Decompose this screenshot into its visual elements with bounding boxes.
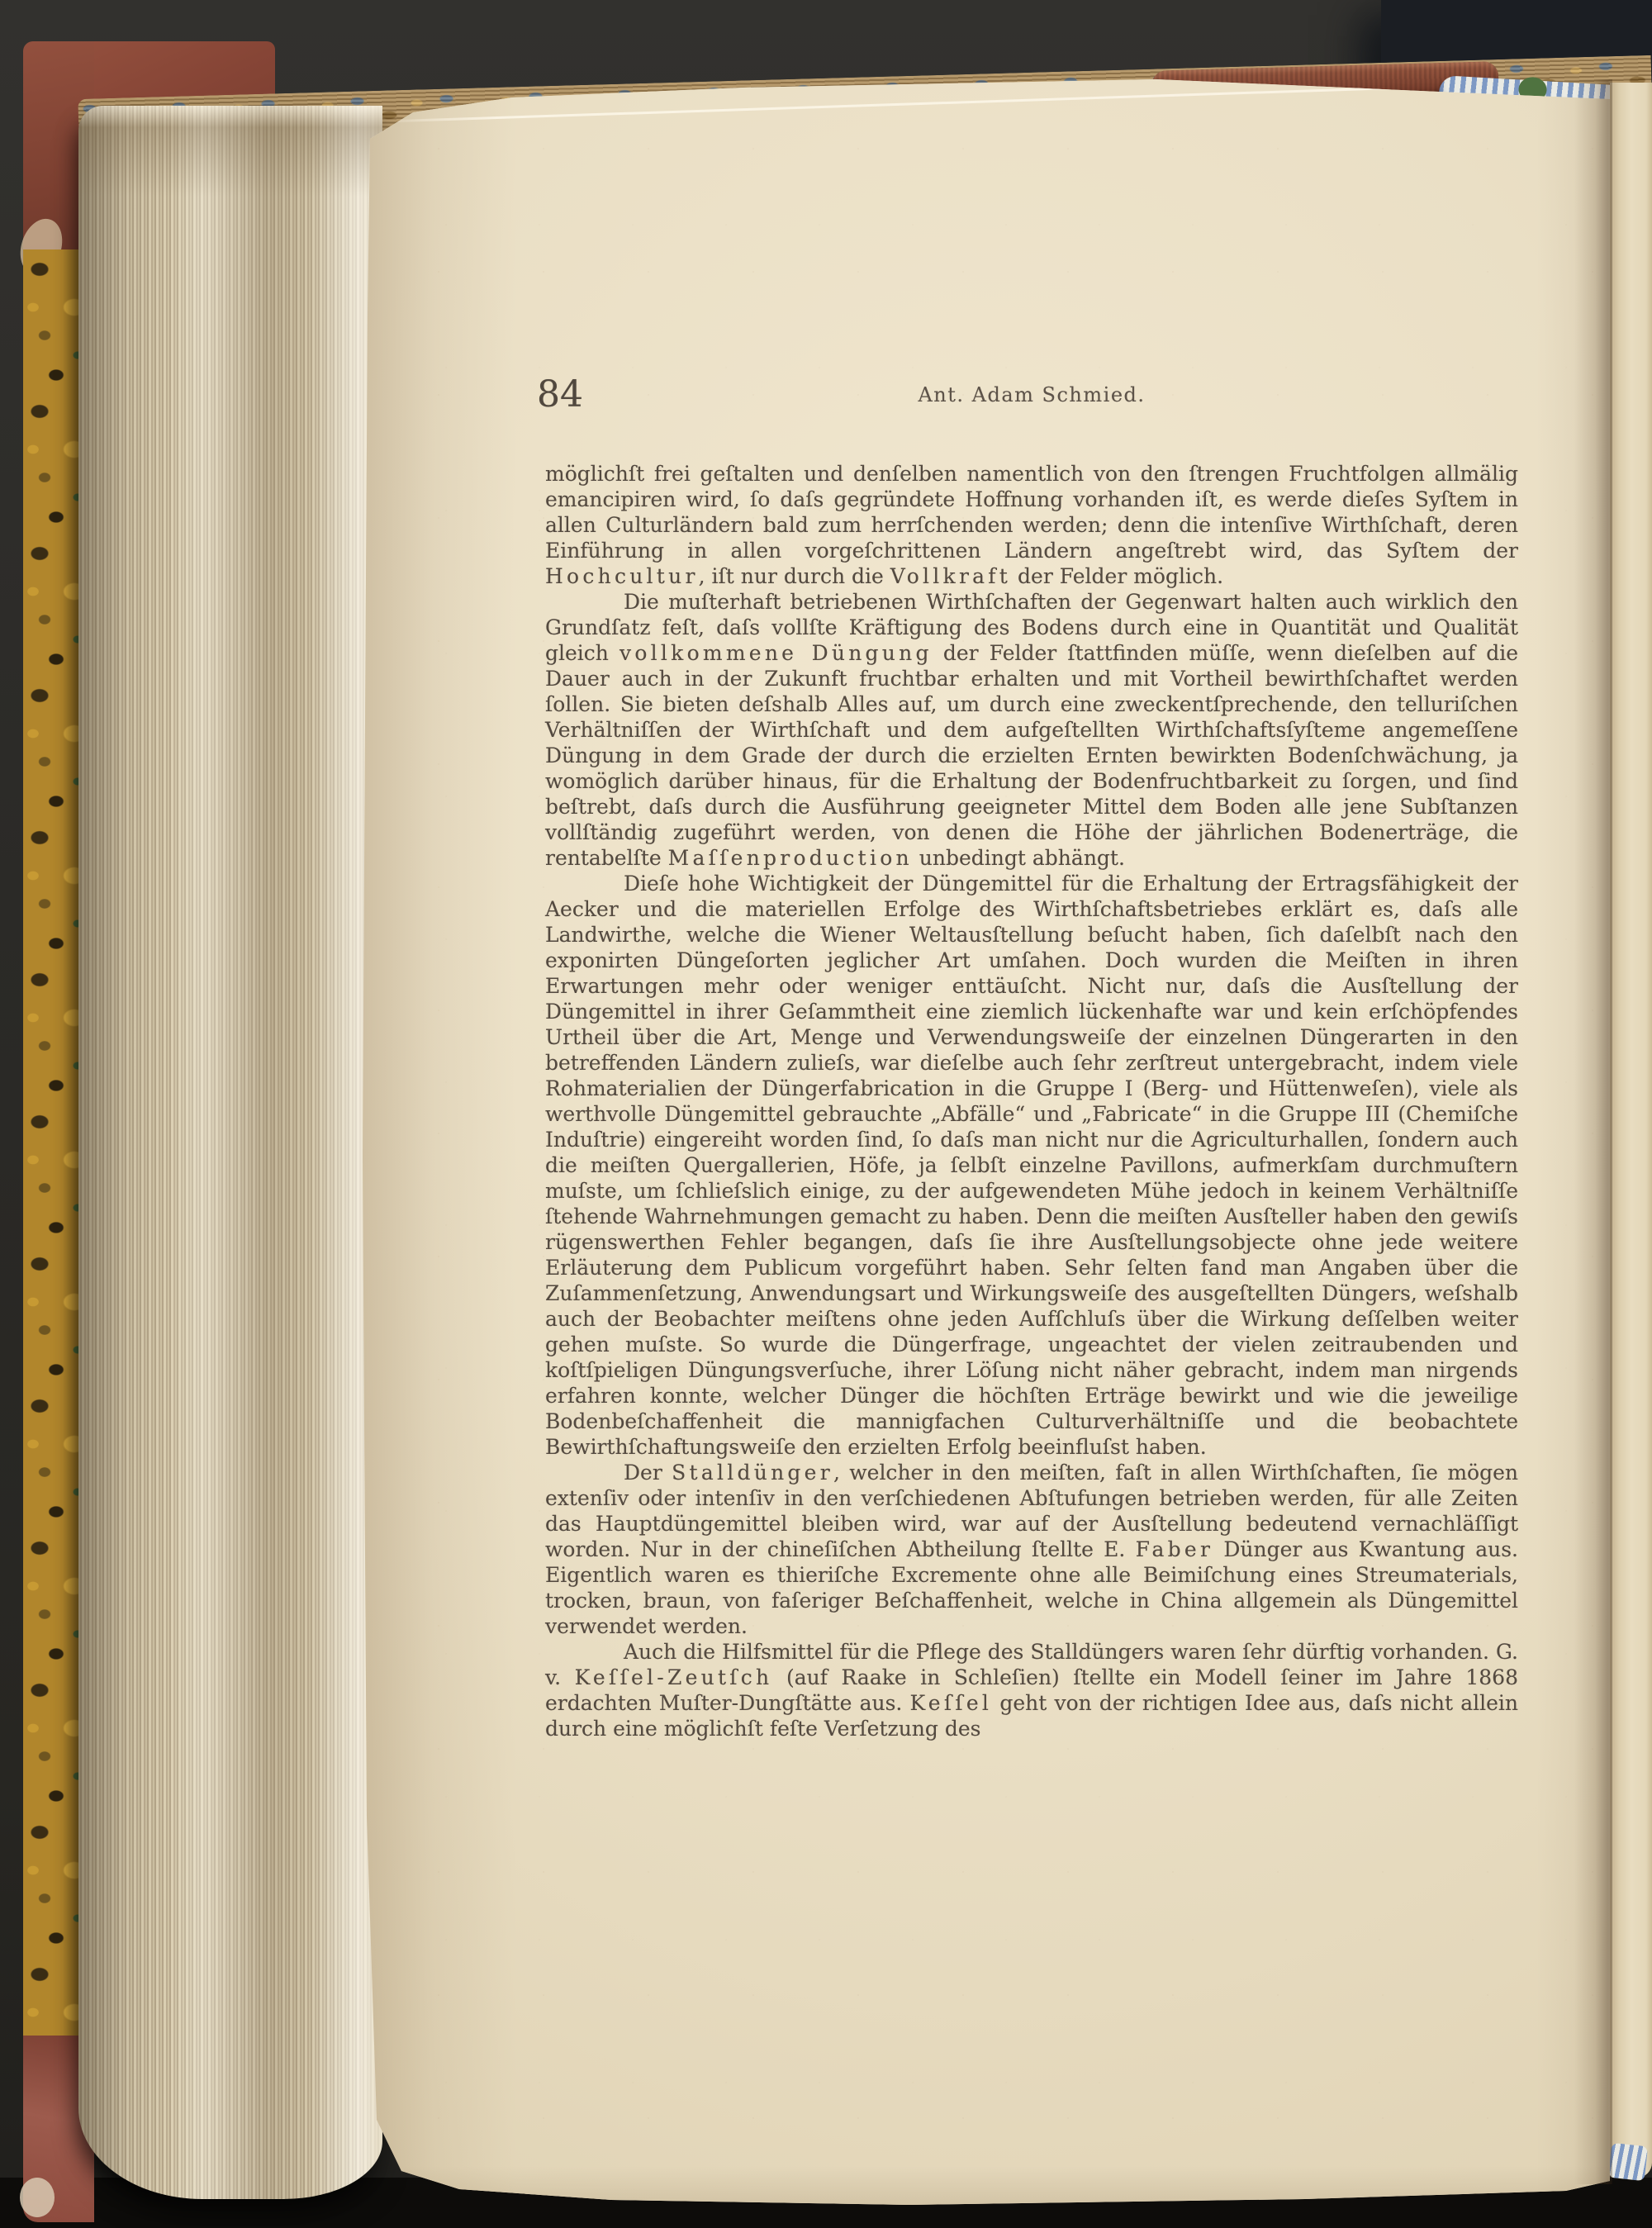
letterspaced-term: Vollkraft (890, 564, 1011, 588)
paragraph: Die muſterhaft betriebenen Wirthſchaften… (545, 589, 1518, 871)
page-stack-fore-edge (78, 106, 382, 2199)
paragraph: Dieſe hohe Wichtigkeit der Düngemittel f… (545, 871, 1518, 1460)
worn-corner-patch (20, 2178, 55, 2217)
paragraph: möglichſt frei geſtalten und denſelben n… (545, 461, 1518, 589)
letterspaced-term: Stalldünger (672, 1461, 833, 1485)
gutter-shadow (1574, 79, 1612, 2184)
book-scan-photo: 84 Ant. Adam Schmied. möglichſt frei geſ… (0, 0, 1652, 2228)
next-page-sliver (1610, 83, 1652, 2178)
letterspaced-term: Faber (1136, 1537, 1214, 1561)
letterspaced-term: Keſſel-Zeutſch (575, 1665, 773, 1689)
letterspaced-term: vollkommene Düngung (619, 641, 933, 665)
headband-bottom-speck (1608, 2143, 1648, 2181)
letterspaced-term: Keſſel (910, 1691, 993, 1715)
letterspaced-term: Maſſenproduction (668, 846, 913, 870)
paragraph: Der Stalldünger, welcher in den meiſten,… (545, 1460, 1518, 1639)
paragraph: Auch die Hilfsmittel für die Pflege des … (545, 1639, 1518, 1741)
running-head: Ant. Adam Schmied. (545, 383, 1518, 406)
letterspaced-term: Hochcultur (545, 564, 699, 588)
page-body: möglichſt frei geſtalten und denſelben n… (545, 461, 1518, 1741)
